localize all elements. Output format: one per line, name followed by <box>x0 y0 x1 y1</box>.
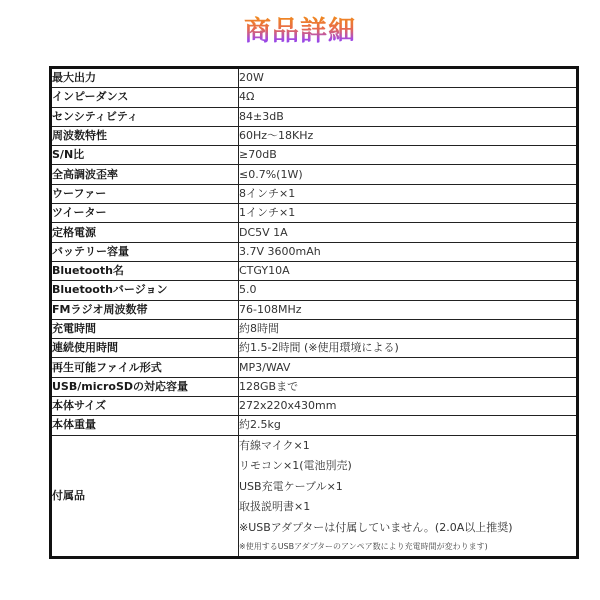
spec-row-woofer: ウーファー8インチ×1 <box>51 184 578 203</box>
spec-label: USB/microSDの対応容量 <box>51 377 239 396</box>
accessory-item: リモコン×1(電池別売) <box>239 456 576 477</box>
spec-value: 5.0 <box>239 281 578 300</box>
spec-value: ≥70dB <box>239 146 578 165</box>
spec-value: DC5V 1A <box>239 223 578 242</box>
spec-value: 8インチ×1 <box>239 184 578 203</box>
spec-label: 付属品 <box>51 435 239 558</box>
spec-value: 20W <box>239 68 578 88</box>
spec-value: 3.7V 3600mAh <box>239 242 578 261</box>
spec-label: FMラジオ周波数帯 <box>51 300 239 319</box>
spec-label: ウーファー <box>51 184 239 203</box>
spec-value: 4Ω <box>239 88 578 107</box>
spec-row-tweeter: ツイーター1インチ×1 <box>51 204 578 223</box>
spec-row-impedance: インピーダンス4Ω <box>51 88 578 107</box>
spec-row-weight: 本体重量約2.5kg <box>51 416 578 435</box>
spec-label: 周波数特性 <box>51 126 239 145</box>
spec-value: CTGY10A <box>239 261 578 280</box>
spec-label: 定格電源 <box>51 223 239 242</box>
spec-label: Bluetooth名 <box>51 261 239 280</box>
spec-label: Bluetoothバージョン <box>51 281 239 300</box>
spec-value: MP3/WAV <box>239 358 578 377</box>
accessory-item: ※USBアダプターは付属していません。(2.0A以上推奨) <box>239 518 576 539</box>
spec-value: 約2.5kg <box>239 416 578 435</box>
spec-row-sensitivity: センシティビティ84±3dB <box>51 107 578 126</box>
spec-label: ツイーター <box>51 204 239 223</box>
spec-row-play-time: 連続使用時間約1.5-2時間 (※使用環境による) <box>51 339 578 358</box>
spec-row-frequency-response: 周波数特性60Hz～18KHz <box>51 126 578 145</box>
spec-row-storage-capacity: USB/microSDの対応容量128GBまで <box>51 377 578 396</box>
spec-value: ≤0.7%(1W) <box>239 165 578 184</box>
page-title: 商品詳細 <box>0 14 600 50</box>
spec-row-thd: 全高調波歪率≤0.7%(1W) <box>51 165 578 184</box>
spec-value: 76-108MHz <box>239 300 578 319</box>
spec-label: 再生可能ファイル形式 <box>51 358 239 377</box>
spec-value: 128GBまで <box>239 377 578 396</box>
accessory-note: ※使用するUSBアダプターのアンペア数により充電時間が変わります) <box>239 538 576 556</box>
spec-row-bluetooth-version: Bluetoothバージョン5.0 <box>51 281 578 300</box>
spec-label: 充電時間 <box>51 319 239 338</box>
spec-label: センシティビティ <box>51 107 239 126</box>
spec-row-power: 定格電源DC5V 1A <box>51 223 578 242</box>
spec-row-bluetooth-name: Bluetooth名CTGY10A <box>51 261 578 280</box>
spec-value: 60Hz～18KHz <box>239 126 578 145</box>
spec-table: 最大出力20W インピーダンス4Ω センシティビティ84±3dB 周波数特性60… <box>49 66 579 559</box>
spec-value: 約8時間 <box>239 319 578 338</box>
spec-label: S/N比 <box>51 146 239 165</box>
spec-row-snr: S/N比≥70dB <box>51 146 578 165</box>
spec-label: 本体サイズ <box>51 397 239 416</box>
accessory-item: USB充電ケーブル×1 <box>239 477 576 498</box>
spec-value: 1インチ×1 <box>239 204 578 223</box>
spec-label: 連続使用時間 <box>51 339 239 358</box>
spec-label: 最大出力 <box>51 68 239 88</box>
page-title-text: 商品詳細 <box>244 16 356 47</box>
spec-row-battery: バッテリー容量3.7V 3600mAh <box>51 242 578 261</box>
spec-value: 84±3dB <box>239 107 578 126</box>
spec-row-fm-band: FMラジオ周波数帯76-108MHz <box>51 300 578 319</box>
spec-row-charge-time: 充電時間約8時間 <box>51 319 578 338</box>
spec-row-accessories: 付属品 有線マイク×1 リモコン×1(電池別売) USB充電ケーブル×1 取扱説… <box>51 435 578 558</box>
spec-value: 272x220x430mm <box>239 397 578 416</box>
spec-row-max-output: 最大出力20W <box>51 68 578 88</box>
accessory-item: 取扱説明書×1 <box>239 497 576 518</box>
spec-label: バッテリー容量 <box>51 242 239 261</box>
spec-row-file-formats: 再生可能ファイル形式MP3/WAV <box>51 358 578 377</box>
spec-label: 全高調波歪率 <box>51 165 239 184</box>
spec-row-size: 本体サイズ272x220x430mm <box>51 397 578 416</box>
accessories-list: 有線マイク×1 リモコン×1(電池別売) USB充電ケーブル×1 取扱説明書×1… <box>239 435 578 558</box>
spec-label: インピーダンス <box>51 88 239 107</box>
spec-value: 約1.5-2時間 (※使用環境による) <box>239 339 578 358</box>
spec-label: 本体重量 <box>51 416 239 435</box>
accessory-item: 有線マイク×1 <box>239 436 576 457</box>
